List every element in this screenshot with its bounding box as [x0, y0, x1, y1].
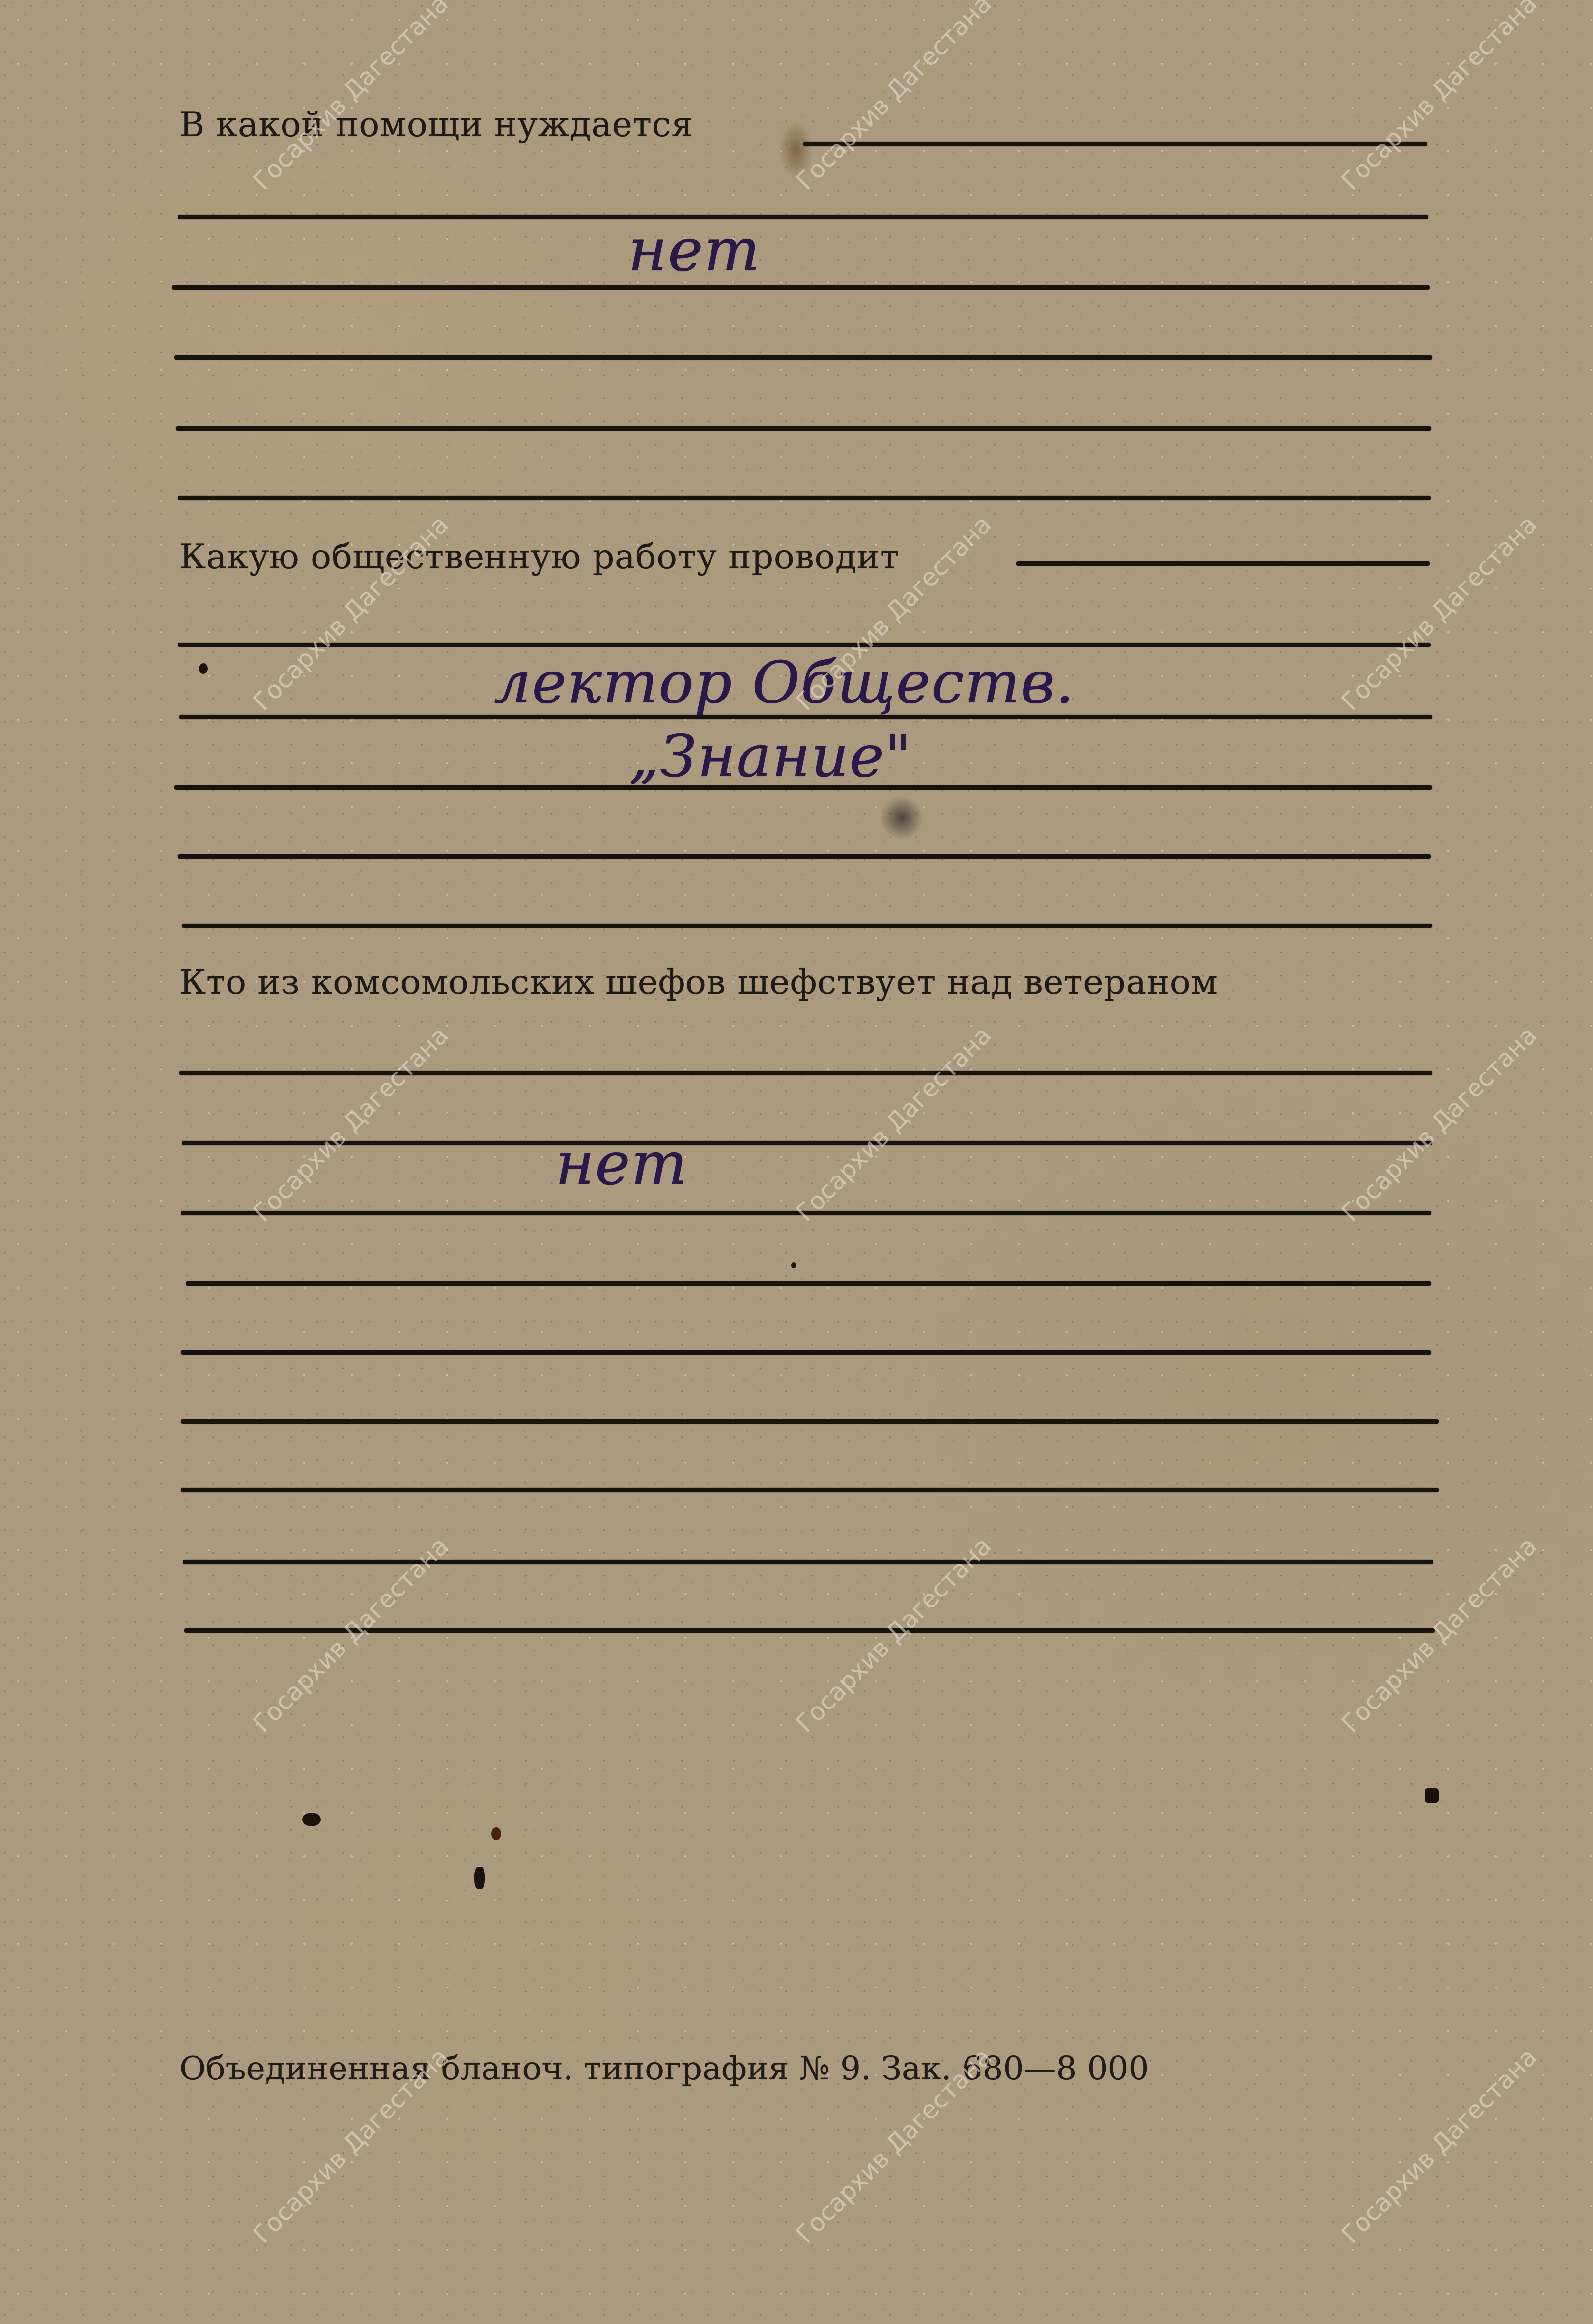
answer-line: [182, 1141, 1432, 1145]
answer-line: [174, 355, 1432, 360]
answer-line: [176, 426, 1431, 431]
answer-line: [178, 496, 1431, 500]
section-2-label: Какую общественную работу проводит: [179, 536, 899, 577]
watermark: Госархив Дагестана: [1336, 2043, 1542, 2249]
section-3-answer: нет: [555, 1130, 688, 1198]
answer-line: [178, 854, 1431, 859]
watermark: Госархив Дагестана: [791, 1021, 997, 1227]
answer-line: [182, 924, 1432, 928]
answer-line: [179, 1071, 1432, 1075]
section-2-label-text: Какую общественную работу проводит: [179, 536, 899, 577]
section-2-answer-line-2: „Знание": [629, 722, 912, 790]
paper-texture: [0, 0, 1593, 2324]
printer-imprint: Объединенная бланоч. типография № 9. Зак…: [179, 2049, 1149, 2087]
answer-line: [181, 1419, 1439, 1424]
paper-stain: [779, 120, 813, 179]
watermark: Госархив Дагестана: [248, 1021, 454, 1227]
paper-speck: [791, 1262, 796, 1268]
section-3-label: Кто из комсомольских шефов шефствует над…: [179, 962, 1218, 1002]
watermark: Госархив Дагестана: [1336, 1021, 1542, 1227]
section-1-label: В какой помощи нуждается: [179, 104, 693, 144]
answer-line: [181, 1350, 1431, 1355]
section-1-label-text: В какой помощи нуждается: [179, 104, 693, 144]
watermark: Госархив Дагестана: [1336, 0, 1542, 196]
watermark: Госархив Дагестана: [248, 0, 454, 196]
paper-speck: [1425, 1788, 1439, 1803]
answer-line: [1016, 561, 1430, 566]
watermark: Госархив Дагестана: [1336, 510, 1542, 716]
answer-line: [186, 1281, 1431, 1286]
paper-speck: [491, 1827, 501, 1840]
answer-line: [181, 1211, 1431, 1215]
answer-line: [172, 285, 1430, 290]
paper-stain: [880, 796, 924, 840]
answer-line: [183, 1560, 1433, 1564]
section-2-answer-line-1: лектор Обществ.: [494, 648, 1075, 716]
answer-line: [184, 1628, 1435, 1633]
document-page: В какой помощи нуждается нет Какую общес…: [0, 0, 1593, 2324]
answer-line: [181, 1488, 1439, 1492]
answer-line: [178, 643, 1431, 647]
paper-speck: [474, 1867, 485, 1889]
answer-line: [803, 142, 1427, 146]
section-3-label-text: Кто из комсомольских шефов шефствует над…: [179, 962, 1218, 1002]
answer-line: [178, 215, 1428, 219]
paper-speck: [302, 1813, 321, 1826]
paper-speck: [199, 663, 208, 674]
watermark: Госархив Дагестана: [791, 0, 997, 196]
section-1-answer: нет: [628, 216, 761, 284]
